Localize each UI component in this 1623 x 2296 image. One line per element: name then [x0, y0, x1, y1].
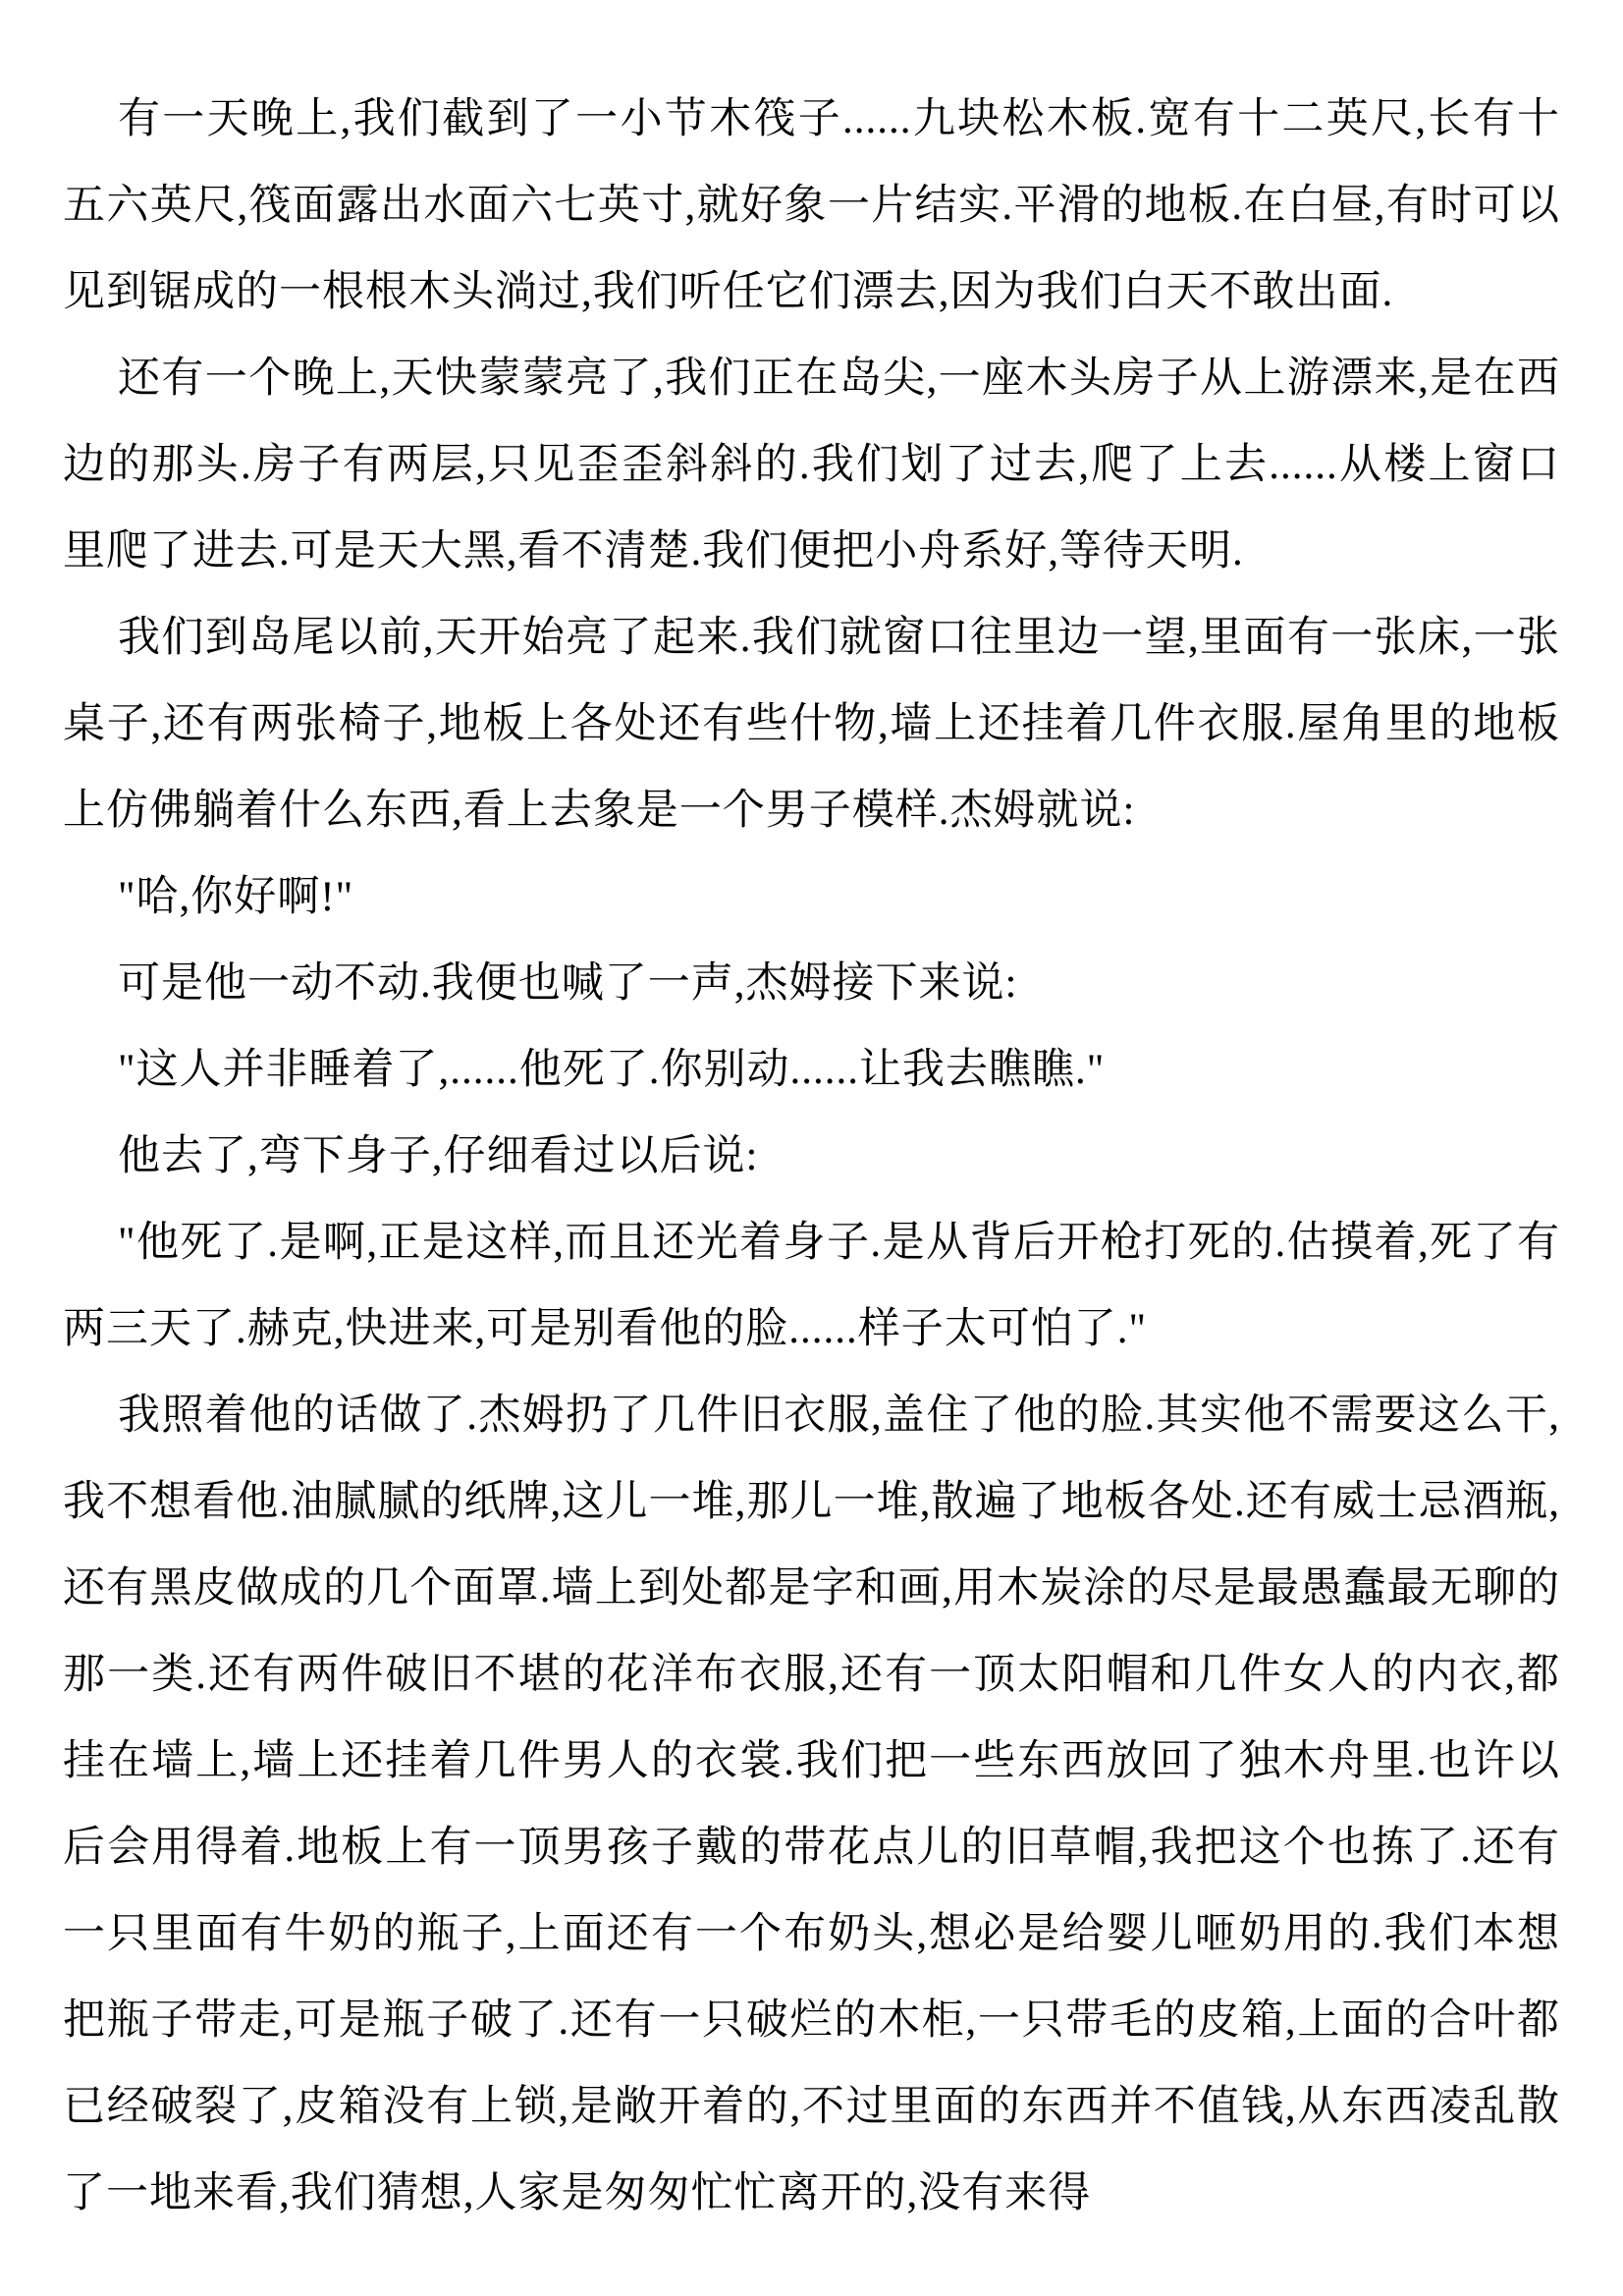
paragraph: 他去了,弯下身子,仔细看过以后说:	[63, 1114, 1560, 1200]
paragraph: "这人并非睡着了,......他死了.你别动......让我去瞧瞧."	[63, 1027, 1560, 1114]
paragraph: 还有一个晚上,天快蒙蒙亮了,我们正在岛尖,一座木头房子从上游漂来,是在西边的那头…	[63, 336, 1560, 595]
paragraph: 我们到岛尾以前,天开始亮了起来.我们就窗口往里边一望,里面有一张床,一张桌子,还…	[63, 595, 1560, 854]
paragraph: 可是他一动不动.我便也喊了一声,杰姆接下来说:	[63, 941, 1560, 1027]
paragraph: "他死了.是啊,正是这样,而且还光着身子.是从背后开枪打死的.估摸着,死了有两三…	[63, 1200, 1560, 1373]
paragraph: 我照着他的话做了.杰姆扔了几件旧衣服,盖住了他的脸.其实他不需要这么干,我不想看…	[63, 1373, 1560, 2237]
document-page: 有一天晚上,我们截到了一小节木筏子......九块松木板.宽有十二英尺,长有十五…	[0, 0, 1623, 2296]
paragraph: 有一天晚上,我们截到了一小节木筏子......九块松木板.宽有十二英尺,长有十五…	[63, 77, 1560, 336]
paragraph: "哈,你好啊!"	[63, 854, 1560, 941]
